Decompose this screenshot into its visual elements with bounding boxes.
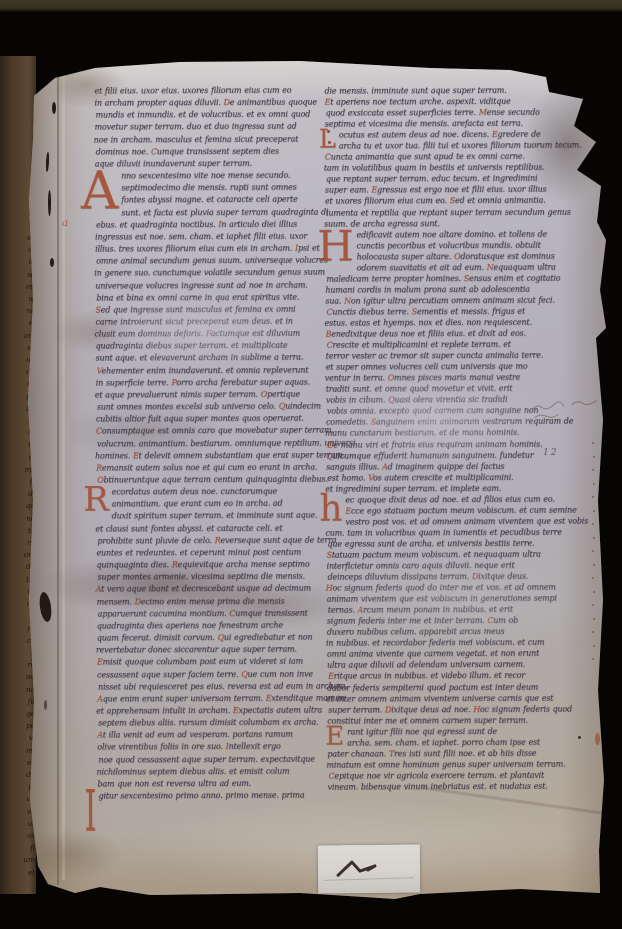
rubricated-letter: Q [218,633,224,642]
fragment-text: um [2,854,35,866]
rubricated-letter: E [371,186,377,195]
rubricated-letter: Q [241,669,247,678]
text-line: aque diluvii inundaverunt super terram. [95,157,323,170]
text-line: et aque prevaluerunt nimis super terram.… [95,388,324,401]
fragment-text: no [2,684,35,696]
guide-letter: a [62,218,68,229]
text-line: Consumptaque est omnis caro que movebatu… [96,425,324,438]
ink-speck [470,640,472,642]
rubric-initial: I [84,791,95,838]
fragment-text: ta [2,525,35,537]
fragment-text: nc [2,305,35,317]
adjacent-page-text-fragments: erctiosem;uincelamesuoobuspeanstteipiems… [2,232,35,879]
text-line: universeque volucres ingresse sunt ad no… [95,279,323,292]
fragment-text: om [2,549,35,561]
text-line: mundis et inmundis. et de volucribus. et… [96,109,323,122]
rubricated-letter: P [171,378,176,387]
rubricated-letter: E [233,706,239,715]
text-line: maledicam terre propter homines. Sensus … [326,272,597,284]
text-line: illius. tres uxores filiorum eius cum ei… [95,243,323,256]
text-line: ingressus est noe. sem. cham. et iaphet … [95,230,323,243]
text-line: quam fecerat. dimisit corvum. Qui egredi… [97,632,325,645]
fragment-text: el [2,317,35,329]
text-line: Vehementer enim inundaverunt. et omnia r… [97,364,324,377]
fragment-text: ne [2,513,35,525]
rubricated-letter: O [454,252,460,261]
rubricated-letter: R [96,463,102,472]
fragment-text: ex [2,757,35,769]
rubricated-letter: D [472,572,478,581]
rubricated-letter: E [133,451,139,460]
fragment-text: es [2,342,35,354]
rubricated-letter: H [326,584,333,593]
rubricated-letter: T [389,749,394,758]
text-line: cubitis altior fuit aqua super montes qu… [96,413,324,426]
text-line: bina et bina ex omni carne in qua erat s… [96,291,323,304]
red-speck [327,130,330,133]
red-offset-mark [595,733,600,745]
prick-mark [592,523,594,525]
text-line: ecordatus autem deus noe. cunctorumque [96,486,324,499]
rubric-initial: E [325,726,344,747]
paragraph: Erant igitur filii noe qui egressi sunt … [327,725,599,792]
fragment-text: se [2,269,35,281]
rubricated-letter: C [96,427,102,436]
text-line: At illa venit ad eum ad vesperam. portan… [97,729,325,742]
text-line: nisset ubi requiesceret pes eius. revers… [98,680,325,693]
fragment-text: pl [2,781,35,793]
rubricated-letter: C [328,771,334,780]
fragment-text: ie [2,452,35,464]
text-line: gitur sexcentesimo primo anno. primo men… [97,790,325,803]
text-line: quadraginta dies aperiens noe fenestram … [97,619,325,632]
fragment-text: io [2,256,35,268]
paragraph: Igitur sexcentesimo primo anno. primo me… [97,790,325,803]
rubricated-letter: A [97,731,102,740]
paragraph: Anno sexcentesimo vite noe mense secundo… [95,170,324,487]
fragment-text: am [2,330,35,342]
text-line: iumenta et reptilia que reptant super te… [326,206,597,218]
rubricated-letter: I [218,220,221,229]
rubricated-letter: V [97,366,102,375]
fragment-text: vi [2,732,35,744]
fragment-text: ip [2,439,35,451]
rubricated-letter: E [97,658,103,667]
fragment-text: ms [2,464,35,476]
prick-mark [593,564,595,566]
fragment-text: ge [2,708,35,720]
rubricated-letter: O [261,390,267,399]
rubricated-letter: C [229,609,235,618]
manuscript-slide-photo: erctiosem;uincelamesuoobuspeanstteipiems… [0,0,622,929]
red-speck [328,141,331,144]
rubricated-letter: R [172,560,178,569]
rubricated-letter: A [96,585,101,594]
rubricated-letter: N [487,263,494,272]
prick-mark [592,577,594,579]
prick-mark [593,618,595,620]
rubricated-letter: H [473,705,480,714]
fragment-text: fu [2,696,35,708]
text-line: minatum est omne hominum genus super uni… [326,758,599,770]
text-line: Aque enim erant super universam terram. … [97,692,325,705]
rubricated-letter: S [371,418,376,427]
rubricated-letter: D [224,98,230,107]
fragment-text: er [2,232,35,244]
rubricated-letter: C [327,341,333,350]
marginal-note-squiggle [527,394,610,428]
rubricated-letter: D [385,705,391,714]
text-line: noe in archam. masculus et femina sicut … [94,133,323,146]
fragment-text: po [2,720,35,732]
text-line: olive virentibus foliis in ore suo. Inte… [97,741,325,754]
rubric-initial: h [319,494,342,524]
sewing-hole [50,258,54,267]
fragment-text: ad [2,671,35,683]
rubricated-letter: N [344,296,351,305]
text-line: et apprehensam intulit in archam. Expect… [96,704,325,717]
text-line: et clausi sunt fontes abyssi. et catarac… [95,522,324,535]
fragment-text: ve [2,806,35,818]
text-line: ebus. et quadraginta noctibus. In articu… [96,218,323,231]
text-column-left: et filii eius. uxor eius. uxores filioru… [94,85,325,816]
prick-mark [593,591,595,593]
fragment-text: di [2,488,35,500]
text-line: duxit spiritum super terram. et imminute… [96,510,324,523]
text-line: animantium. que erant cum eo in archa. a… [97,498,324,511]
text-column-right: die mensis. imminute sunt aque super ter… [324,84,599,792]
rubric-initial: R [83,487,109,515]
text-line: prohibite sunt pluvie de celo. Reversequ… [97,534,324,547]
rubricated-letter: A [382,462,388,471]
rubricated-letter: Q [279,402,285,411]
text-line: in superficie terre. Porro archa ferebat… [96,376,324,389]
fragment-text: fi [2,842,35,854]
text-line: septem diebus aliis. rursum dimisit colu… [98,717,325,730]
text-line: homines. Et delevit omnem substantiam qu… [95,449,324,462]
fragment-text: qd [2,500,35,512]
quire-mark: 12 [543,448,558,458]
prick-mark [592,442,594,444]
gutter-fold-line [57,70,59,885]
rubricated-letter: S [326,551,331,560]
paper-label [318,845,420,894]
text-line: apparuerunt cacumina montium. Cumque tra… [98,607,325,620]
rubricated-letter: S [412,307,417,316]
text-line: super montes armenie. vicesima septima d… [98,571,325,584]
rubricated-letter: A [358,606,364,615]
prick-mark [593,537,595,539]
text-line: euntes et redeuntes. et ceperunt minui p… [96,546,324,559]
text-line: carne introierunt sicut preceperat eum d… [95,315,323,328]
fragment-text: ui [2,293,35,305]
prick-mark [593,645,595,647]
rubricated-letter: A [97,694,103,703]
fragment-text: co [2,635,35,647]
rubricated-letter: E [345,506,351,515]
sewing-hole [48,190,51,216]
text-line: Obtinueruntque aque terram centum quinqu… [97,474,324,487]
paragraph: et filii eius. uxor eius. uxores filioru… [94,85,322,171]
text-line: vineam. bibensque vinum inebriatus est. … [327,780,599,792]
text-line: nno sexcentesimo vite noe mense secundo. [95,170,323,183]
fragment-text: ct [2,244,35,256]
prick-mark [592,550,594,552]
text-line: et filii eius. uxor eius. uxores filioru… [94,85,322,98]
fragment-text: li [2,647,35,659]
rubricated-letter: B [326,330,332,339]
prick-mark [592,631,594,633]
text-line: dominus noe. Cumque transissent septem d… [96,145,323,158]
rubricated-letter: I [226,742,229,751]
rubricated-letter: S [450,196,455,205]
fragment-text: re [2,659,35,671]
rubricated-letter: E [492,130,498,139]
text-line: clusit eum dominus deforis. Factumque es… [94,328,323,341]
prick-mark [592,604,594,606]
rubricated-letter: M [479,108,487,117]
fragment-text: do [2,769,35,781]
text-line: cessassent aque super faciem terre. Que … [97,668,325,681]
paragraph: die mensis. imminute sunt aque super ter… [324,84,596,129]
text-line: septimodecimo die mensis. rupti sunt omn… [96,182,323,195]
fragment-text: ra [2,623,35,635]
text-line: quinquaginta dies. Requievitque archa me… [96,559,324,572]
paragraph: hec quoque dixit deus ad noe. et ad fili… [326,493,599,726]
rubricated-letter: R [215,536,221,545]
text-line: mensem. Decimo enim mense prima die mens… [97,595,325,608]
rubricated-letter: I [295,244,298,253]
rubricated-letter: D [135,597,141,606]
text-line: archa tu et uxor tua. filii tui et uxore… [326,140,597,152]
rubricated-letter: C [151,147,157,156]
sewing-hole [52,102,56,114]
rubricated-letter: C [326,308,332,317]
text-line: Sed que ingresse sunt masculus et femina… [95,303,323,316]
ink-speck [578,736,581,739]
label-ink-squiggle [318,845,420,894]
text-line: in archam propter aquas diluvii. De anim… [94,97,322,110]
fragment-text: m; [2,281,35,293]
text-line: At vero aque ibant et decrescebant usque… [96,583,325,596]
rubricated-letter: E [266,694,272,703]
text-line: movetur super terram. duo et duo ingress… [95,121,323,134]
rubricated-letter: F [206,329,211,338]
text-line: in genere suo. cunctumque volatile secun… [94,267,323,280]
paragraph: Recordatus autem deus noe. cunctorumquea… [96,486,325,791]
text-line: quadraginta diebus super terram. et mult… [96,340,324,353]
rubricated-letter: V [368,473,373,482]
rubric-initial: A [81,170,119,213]
text-line: volucrum. animantium. bestiarum. omniumq… [97,437,324,450]
text-line: cum. tam in volucribus quam in iumentis … [325,526,598,538]
fragment-text: mi [2,745,35,757]
text-line: nichilominus septem diebus aliis. et emi… [96,765,325,778]
rubricated-letter: C [487,616,493,625]
text-line: sunt. et facta est pluvia super terram q… [94,206,323,219]
text-line: Emisit quoque columbam post eum ut vider… [97,656,325,669]
rubricated-letter: Q [388,396,394,405]
rubricated-letter: S [95,305,100,314]
prick-mark [593,483,595,485]
fragment-text: et [2,867,35,879]
text-line: sunt aque. et elevaverunt archam in subl… [96,352,324,365]
rubricated-letter: D [327,440,333,449]
text-line: Remansit autem solus noe et qui cum eo e… [96,461,324,474]
parchment-leaf: et filii eius. uxor eius. uxores filioru… [0,0,622,929]
rubricated-letter: E [325,98,331,107]
rubricated-letter: E [328,672,334,681]
fragment-text: ut [2,818,35,830]
text-line: fontes abyssi magne. et cataracte celi a… [95,194,323,207]
text-line: super terram. Dixitque deus ad noe. Hoc … [328,703,599,715]
text-line: noe quod cessassent aque super terram. e… [98,753,325,766]
sewing-hole [44,700,47,710]
prick-mark [592,496,594,498]
fragment-text: de [2,561,35,573]
film-edge-strip [0,0,622,12]
prick-mark [592,469,594,471]
paragraph: Locutus est autem deus ad noe. dicens. E… [325,129,597,230]
fragment-text: ro [2,537,35,549]
prick-mark [593,510,595,512]
text-line: omne animal secundum genus suum. univers… [96,255,323,268]
fragment-text: os [2,830,35,842]
text-line: revertebatur donec siccarentur aque supe… [96,644,325,657]
gutter-fold-ridge [62,75,65,880]
prick-mark [593,456,595,458]
prick-mark [592,658,594,660]
rubric-initial: H [317,229,354,264]
rubricated-letter: Q [326,451,332,460]
fragment-text: ft [2,476,35,488]
rubricated-letter: O [388,374,394,383]
text-line: bam que non est reversa ultra ad eum. [97,777,325,790]
text-line: sunt omnes montes excelsi sub universo c… [97,401,324,414]
rubricated-letter: S [464,274,469,283]
